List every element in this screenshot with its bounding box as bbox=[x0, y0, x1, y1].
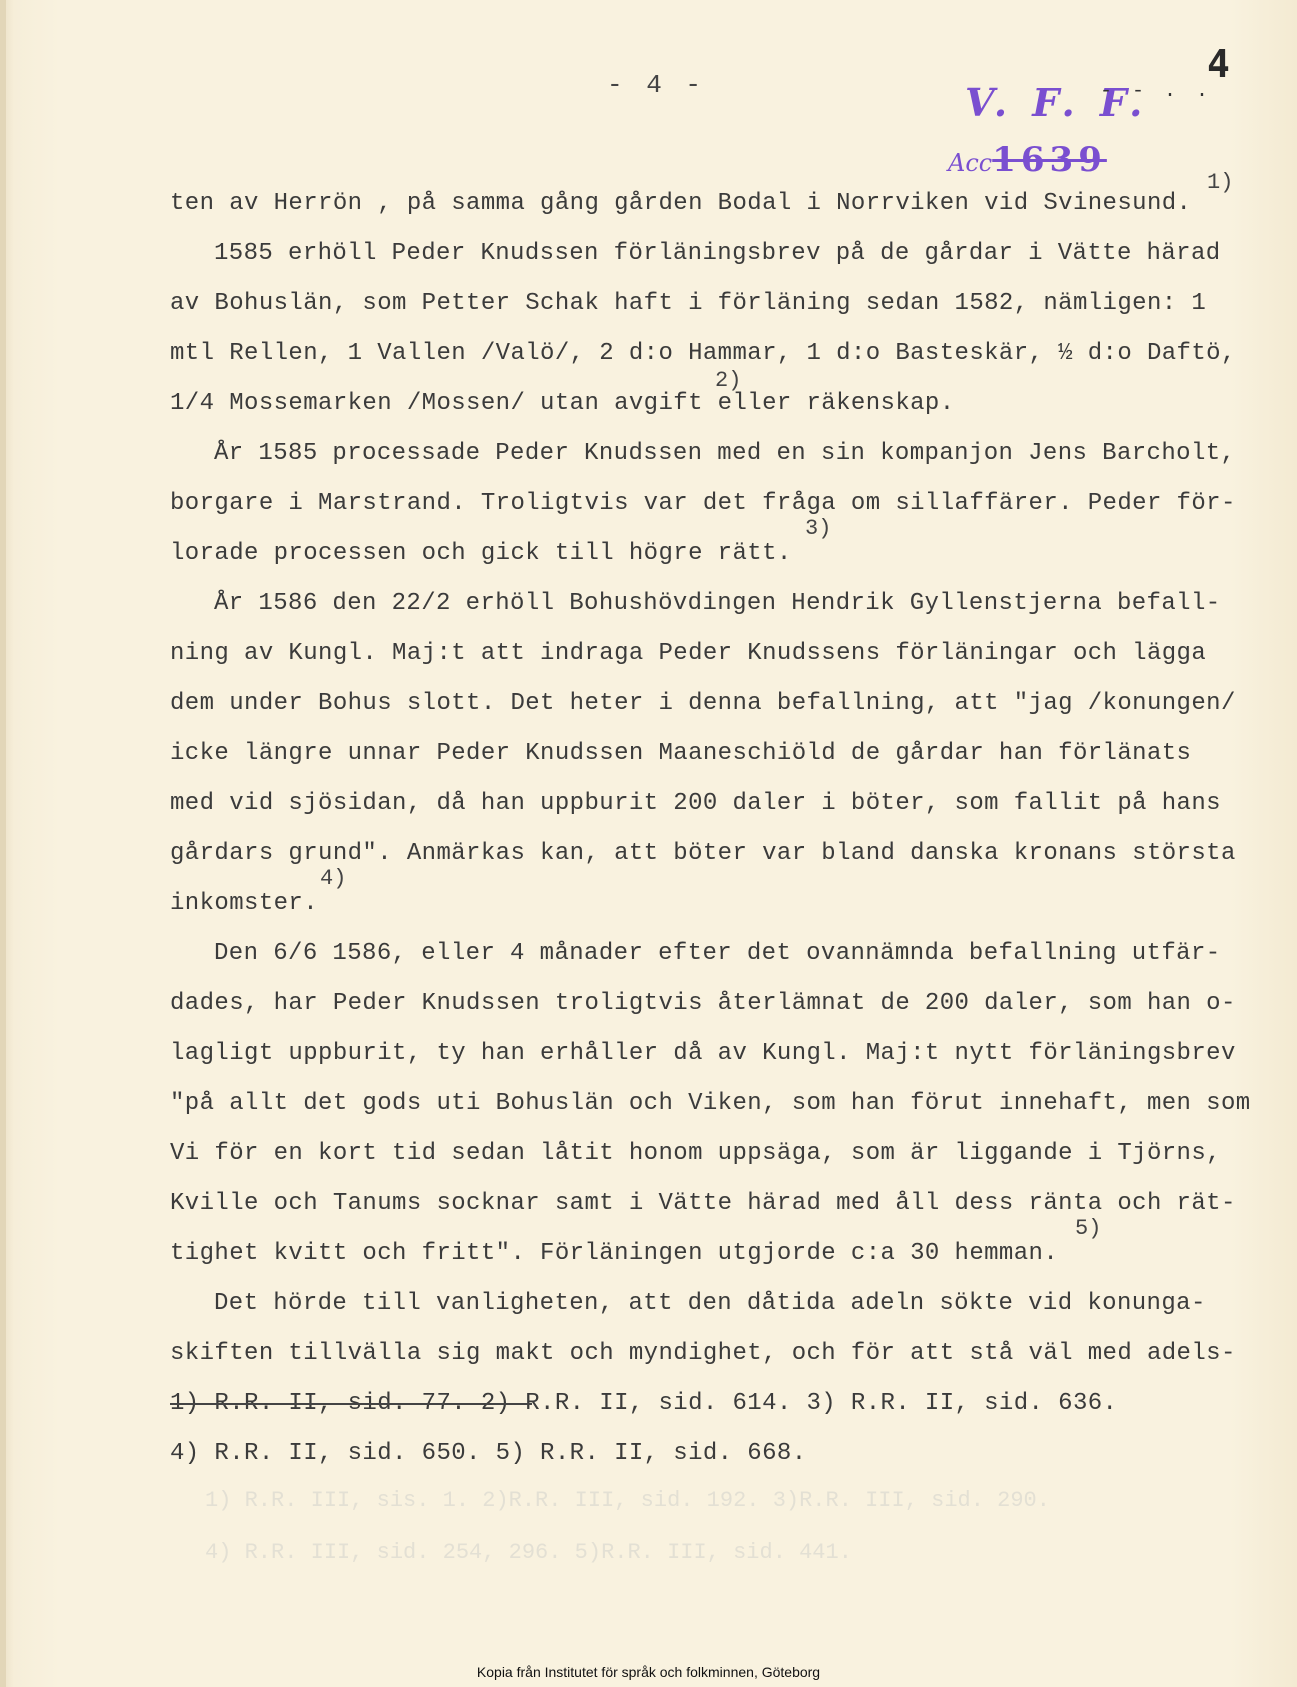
text-line: dades, har Peder Knudssen troligtvis åte… bbox=[170, 990, 1236, 1017]
text-line: Kville och Tanums socknar samt i Vätte h… bbox=[170, 1190, 1236, 1217]
text-line: ning av Kungl. Maj:t att indraga Peder K… bbox=[170, 640, 1206, 667]
stamp-accession: Acc1639 bbox=[948, 140, 1107, 180]
text-line: skiften tillvälla sig makt och myndighet… bbox=[170, 1340, 1236, 1367]
text-line: lorade processen och gick till högre rät… bbox=[170, 540, 792, 567]
footnote-ref-3: 3) bbox=[805, 516, 831, 541]
text-line: "på allt det gods uti Bohuslän och Viken… bbox=[170, 1090, 1251, 1117]
text-line: inkomster. bbox=[170, 890, 318, 917]
text-line: borgare i Marstrand. Troligtvis var det … bbox=[170, 490, 1236, 517]
copy-credit: Kopia från Institutet för språk och folk… bbox=[0, 1664, 1297, 1680]
page-edge-shadow bbox=[0, 0, 6, 1687]
footnote-ref-5: 5) bbox=[1075, 1216, 1101, 1241]
page-number: - 4 - bbox=[607, 70, 705, 100]
text-line: tighet kvitt och fritt". Förläningen utg… bbox=[170, 1240, 1058, 1267]
text-line: År 1586 den 22/2 erhöll Bohushövdingen H… bbox=[214, 590, 1221, 617]
text-line: icke längre unnar Peder Knudssen Maanesc… bbox=[170, 740, 1191, 767]
text-line: med vid sjösidan, då han uppburit 200 da… bbox=[170, 790, 1221, 817]
text-line: mtl Rellen, 1 Vallen /Valö/, 2 d:o Hamma… bbox=[170, 340, 1236, 367]
footnote-ref-4: 4) bbox=[320, 866, 346, 891]
stamp-dashes: - - . . bbox=[1100, 80, 1212, 103]
accession-number: 1639 bbox=[992, 140, 1107, 180]
footnote-separator bbox=[170, 1403, 532, 1405]
text-line: av Bohuslän, som Petter Schak haft i för… bbox=[170, 290, 1206, 317]
text-line: lagligt uppburit, ty han erhåller då av … bbox=[170, 1040, 1236, 1067]
footnote-ref-1: 1) bbox=[1207, 170, 1233, 195]
document-page: - 4 - 4 V. F. F. - - . . Acc1639 1) ten … bbox=[0, 0, 1297, 1687]
footnote-line: 4) R.R. II, sid. 650. 5) R.R. II, sid. 6… bbox=[170, 1440, 807, 1467]
accession-prefix: Acc bbox=[948, 149, 992, 177]
text-line: År 1585 processade Peder Knudssen med en… bbox=[214, 440, 1235, 467]
bleedthrough-text: 1) R.R. III, sis. 1. 2)R.R. III, sid. 19… bbox=[205, 1488, 1050, 1513]
text-line: Den 6/6 1586, eller 4 månader efter det … bbox=[214, 940, 1221, 967]
bleedthrough-text: 4) R.R. III, sid. 254, 296. 5)R.R. III, … bbox=[205, 1540, 852, 1565]
text-line: gårdars grund". Anmärkas kan, att böter … bbox=[170, 840, 1236, 867]
text-line: 1585 erhöll Peder Knudssen förläningsbre… bbox=[214, 240, 1221, 267]
text-line: 1/4 Mossemarken /Mossen/ utan avgift ell… bbox=[170, 390, 955, 417]
text-line: Vi för en kort tid sedan låtit honom upp… bbox=[170, 1140, 1221, 1167]
text-line: Det hörde till vanligheten, att den dåti… bbox=[214, 1290, 1206, 1317]
text-line: ten av Herrön , på samma gång gården Bod… bbox=[170, 190, 1191, 217]
text-line: dem under Bohus slott. Det heter i denna… bbox=[170, 690, 1236, 717]
